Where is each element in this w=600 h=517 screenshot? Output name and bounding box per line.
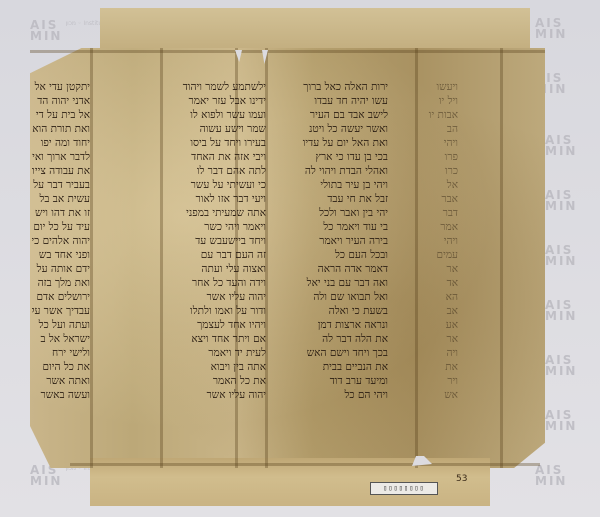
fold-line [70, 463, 540, 466]
text-column-center-left: ילשתמע לשמר ויהודידינו אבל עזר יאמרועמו … [178, 80, 266, 410]
watermark: AISMIN [545, 410, 577, 432]
text-column-right: ויעשוויל יואבות יוהבויהיפרוכרואלאברדבראמ… [410, 80, 458, 410]
manuscript-parchment: יתקטן עדי אלאדני יהוה הדאל בית על דיואת … [30, 8, 545, 505]
text-column-left: יתקטן עדי אלאדני יהוה הדאל בית על דיואת … [32, 80, 90, 410]
fold-line [90, 48, 93, 468]
folio-number: 53 [456, 474, 467, 484]
watermark: AISMIN [545, 135, 577, 157]
fold-line [500, 48, 503, 468]
fold-line [30, 50, 545, 53]
fold-line [160, 48, 163, 468]
catalog-label-strip: ▯▯▯▯▯▯▯▯ [370, 482, 438, 495]
watermark: AISMIN [545, 300, 577, 322]
top-flap [100, 8, 530, 53]
watermark: AISMIN [545, 190, 577, 212]
watermark: AISMIN [545, 245, 577, 267]
text-column-center-right: ירות האלה כאל ברוךעשו יהיה חד עבדולישב א… [273, 80, 388, 410]
watermark: AISMIN [545, 355, 577, 377]
